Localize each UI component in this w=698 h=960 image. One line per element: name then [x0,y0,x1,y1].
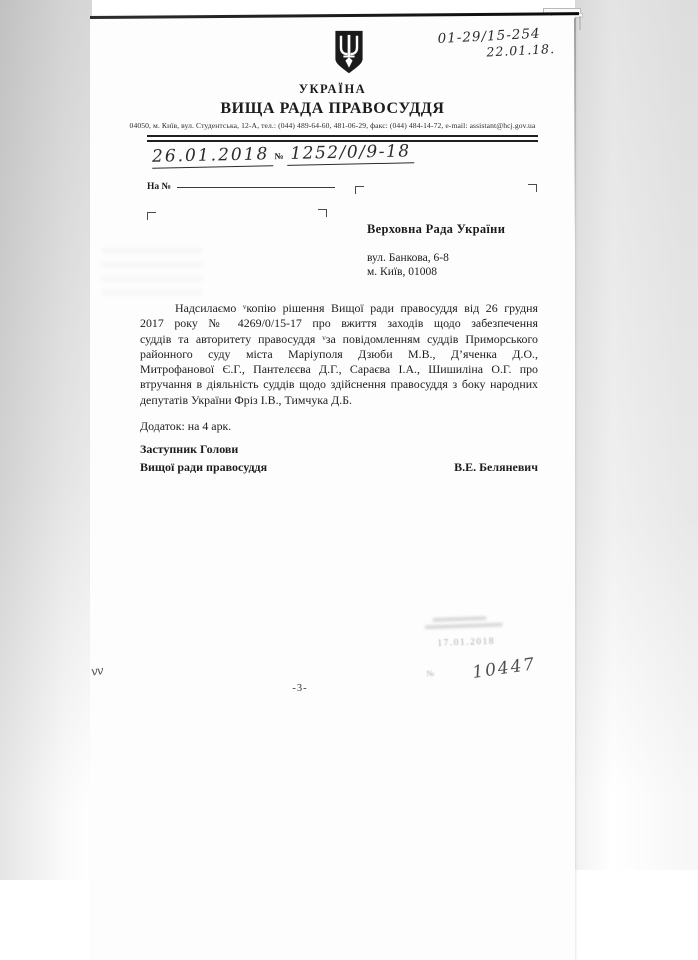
scanner-background-left [0,0,92,880]
handwritten-incoming-number: 10447 [471,654,537,683]
reply-to-label: На № [147,182,171,192]
reply-to-blank-line [177,187,335,188]
registration-line: 26.01.2018№1252/0/9-18 [152,141,414,166]
bleed-through-smudge [102,248,202,300]
body-line: депутатів України Фріз І.В., Тимчука Д.Б… [140,393,538,408]
address-zone-corner [147,212,156,220]
letter-body: Надсилаємо ᵛкопію рішення Вищої ради пра… [140,301,538,408]
signer-position-line1: Заступник Голови [140,440,538,458]
recipient-street: вул. Банкова, 6-8 [367,251,505,265]
handwritten-reference: 01-29/15-254 22.01.18. [437,25,555,62]
page-number: -3- [90,683,510,694]
recipient-name: Верховна Рада України [367,222,505,237]
stamp-date: 17.01.2018 [437,635,555,649]
header-divider [147,135,538,142]
reply-to-row: На № [147,176,171,194]
handwritten-reference-date: 22.01.18. [486,41,555,60]
stamp-illegible-text [432,616,486,622]
address-zone-corner [528,184,537,192]
recipient-city: м. Київ, 01008 [367,265,505,279]
stamp-illegible-text [425,623,503,630]
body-line: районного суду міста Маріуполя Дзюби М.В… [140,347,538,362]
outgoing-date: 26.01.2018 [152,144,274,169]
body-line: Митрофанової Є.Г., Пантелєєва Д.Г., Сара… [140,362,538,377]
receive-stamp: 17.01.2018 № 10447 [424,614,557,708]
signer-name: В.Е. Беляневич [454,458,538,476]
scanned-letter: 01-29/15-254 22.01.18. УКРАЇНА ВИЩА РАДА… [0,0,698,960]
outgoing-number: 1252/0/9-18 [287,141,414,166]
scanner-background-right [575,0,698,870]
contact-line: 04050, м. Київ, вул. Студентська, 12-А, … [90,121,575,130]
page-right-edge [574,18,576,248]
recipient-block: Верховна Рада України вул. Банкова, 6-8 … [367,222,505,279]
signature-block: Заступник Голови Вищої ради правосуддя В… [140,440,538,476]
country-name: УКРАЇНА [90,82,575,97]
letter-page: 01-29/15-254 22.01.18. УКРАЇНА ВИЩА РАДА… [90,16,575,960]
body-line: втручання в діяльність суддів щодо здійс… [140,377,538,392]
recipient-address: вул. Банкова, 6-8 м. Київ, 01008 [367,251,505,279]
body-line: суддів та авторитету правосуддя ᵛза пові… [140,332,538,347]
address-zone-corner [318,209,327,217]
organization-name: ВИЩА РАДА ПРАВОСУДДЯ [90,100,575,118]
number-sign-label: № [274,151,283,161]
stacked-pages-edge [579,16,581,30]
stamp-number-row: № 10447 [426,657,557,682]
margin-checkmark: vv [90,663,103,678]
body-line: 2017 року № 4269/0/15-17 про вжиття захо… [140,316,538,331]
stamp-number-sign: № [426,668,434,678]
tryzub-emblem-icon [333,29,365,76]
body-line: Надсилаємо ᵛкопію рішення Вищої ради пра… [140,301,538,316]
address-zone-corner [355,186,364,194]
attachment-note: Додаток: на 4 арк. [140,419,231,434]
